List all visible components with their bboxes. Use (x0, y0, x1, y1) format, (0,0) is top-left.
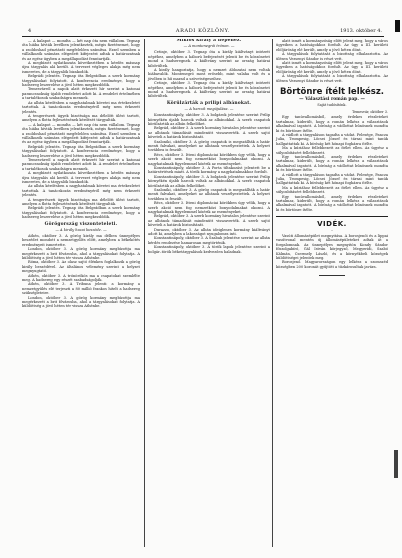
column-3: alatt ismét a kormányzóság előtt jelent … (272, 39, 388, 547)
paragraph: Cetinje, október 3. Tegnap óta a király … (148, 50, 270, 68)
paragraph: alatt ismét a kormányzóság előtt jelent … (276, 61, 388, 74)
paragraph: London, október 3. A görög kormány megbí… (22, 296, 140, 309)
scan-edge-mark (394, 450, 398, 478)
paragraph: A tengerészeti ügyek bizottsága ma délel… (22, 198, 140, 207)
paragraph: Konstantinápoly, október 3. A Szabah jel… (148, 236, 270, 245)
paragraph: A király hangoztatja, hogy a nemzet áldo… (148, 68, 270, 81)
paragraph: Athén, október 3. A görög király ma délb… (22, 234, 140, 247)
article-heading: Miklós király a népéhez. (148, 39, 270, 43)
paragraph: Durazzo, október 3. Az albán ideiglenes … (148, 228, 270, 237)
paragraph: Szaloniki, október 3. A görög csapatok i… (148, 188, 270, 201)
paragraph: Bécs, október 3. Itteni diplomáciai körö… (148, 153, 270, 166)
paragraph: Konstantinápoly, október 3. A török lapo… (148, 245, 270, 254)
paragraph: — A kalapot — mondta — két nap óta nem v… (22, 39, 140, 61)
paragraph: Róma, október 3. Az olasz sajtó élénken … (22, 260, 140, 273)
paragraph: A tengerészeti ügyek bizottsága ma délel… (22, 114, 140, 123)
paragraph: Konstantinápoly, október 3. A bolgárok j… (148, 175, 270, 188)
newspaper-title: ARADI KÖZLÖNY. (22, 27, 384, 36)
paragraph: Vasúti állomásépület megnyitása. A boros… (276, 234, 388, 260)
article-heading: Görögország viszonteteleti. (22, 223, 140, 227)
article-heading: Börtönre ítélt lelkész. (276, 87, 388, 97)
paragraph: Szaloniki, október 3. A görög csapatok i… (148, 140, 270, 153)
paragraph: Konstantinápoly, október 3. A bolgárok j… (148, 113, 270, 126)
paragraph: Konstantinápoly, október 3. A Porta tilt… (148, 166, 270, 175)
paragraph: Cetinje, október 3. Tegnap óta a király … (148, 81, 270, 99)
newspaper-page: 4 ARADI KÖZLÖNY. 1913. október 4. — A ka… (22, 27, 384, 547)
paragraph: Egy tanúvallomásból, amely érdekes részl… (276, 115, 388, 133)
paragraph: Belgrádi jelentés. Tegnap óta Belgrádban… (22, 206, 140, 219)
paragraph: Bécs, október 3. Itteni diplomáciai körö… (148, 201, 270, 214)
paragraph: alatt ismét a kormányzóság előtt jelent … (276, 39, 388, 52)
issue-date: 1913. október 4. (340, 27, 382, 36)
paragraph: Belgrád, október 3. A szerb kormány hiva… (148, 214, 270, 227)
article-heading: Körülzárták a prilipi albánokat. (148, 102, 270, 106)
section-heading: VIDÉK. (276, 222, 388, 226)
correspondent-note: Saját tudósítónk. (276, 103, 388, 107)
paragraph: Az albán kérdésben a nagyhatalmak követe… (22, 101, 140, 114)
section-divider (276, 216, 388, 217)
paragraph: A megbízott nyilatkozata következtében a… (22, 61, 140, 74)
paragraph: Egy tanúvallomásból, amely érdekes részl… (276, 155, 388, 173)
paragraph: Egy tanúvallomásból, amely érdekes részl… (276, 195, 388, 213)
article-subheading: — A király hazai beszéde. — (22, 228, 140, 232)
dateline: Temesvár, október 3. (276, 110, 388, 114)
paragraph: Ma a kúriához fellebbezett az ítélet ell… (276, 186, 388, 195)
paragraph: London, október 3. A görög kormány megbí… (22, 247, 140, 260)
paragraph: A megbízott nyilatkozata következtében a… (22, 171, 140, 184)
paragraph: Borosjenő. Magyarországon egy lelkész a … (276, 260, 388, 269)
paragraph: A vádlott a tárgyaláson tagadta a vádat.… (276, 173, 388, 186)
paragraph: Temesvárról a napok alatt érkezett hír s… (22, 158, 140, 171)
paragraph: Temesvárról a napok alatt érkezett hír s… (22, 87, 140, 100)
paragraph: A tárgyalások folytatását a bizottság el… (276, 74, 388, 83)
paragraph: — A kalapot — mondta — két nap óta nem v… (22, 123, 140, 145)
paragraph: Athén, október 3. A trónörökös ma a csap… (22, 274, 140, 283)
column-2: Miklós király a népéhez. — A montenegrói… (144, 39, 270, 547)
paragraph: Az albán kérdésben a nagyhatalmak követe… (22, 184, 140, 197)
article-subheading: — A montenegrói trónon. — (148, 44, 270, 48)
heading-dash: – (276, 228, 388, 232)
paragraph: A tárgyalások folytatását a bizottság el… (276, 52, 388, 61)
paragraph: Ma a kúriához fellebbezett az ítélet ell… (276, 146, 388, 155)
paragraph: Belgrádi jelentés. Tegnap óta Belgrádban… (22, 74, 140, 87)
article-subheading: — Választási román pap. — (276, 98, 388, 102)
article-subheading: — A harcok megújulása. — (148, 107, 270, 111)
end-rule (319, 275, 345, 276)
column-1: — A kalapot — mondta — két nap óta nem v… (22, 39, 140, 547)
paragraph: Belgrád, október 3. A szerb kormány hiva… (148, 126, 270, 139)
scan-edge-mark (395, 20, 400, 32)
paragraph: A vádlott a tárgyaláson tagadta a vádat.… (276, 133, 388, 146)
masthead: 4 ARADI KÖZLÖNY. 1913. október 4. (22, 27, 384, 37)
paragraph: Belgrádi jelentés. Tegnap óta Belgrádban… (22, 145, 140, 158)
paragraph: Athén, október 3. A Tribuna jelenti: a k… (22, 282, 140, 295)
